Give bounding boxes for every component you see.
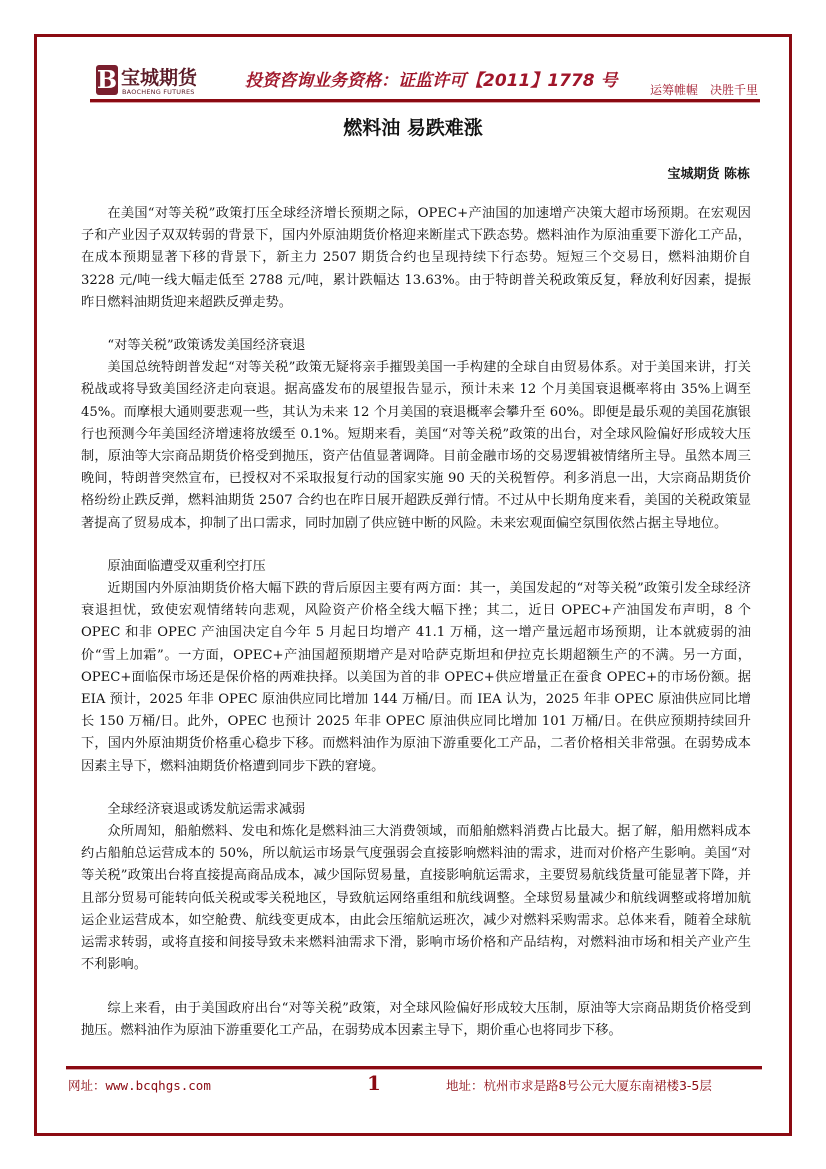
logo-english-name: BAOCHENG FUTURES xyxy=(122,88,195,96)
footer-website-link[interactable]: 网址：www.bcqhgs.com xyxy=(68,1076,211,1094)
page-header: B 宝城期货 BAOCHENG FUTURES 投资咨询业务资格：证监许可【20… xyxy=(90,58,760,102)
section-paragraph: 近期国内外原油期货价格大幅下跌的背后原因主要有两方面：其一，美国发起的“对等关税… xyxy=(81,578,751,778)
footer-divider xyxy=(66,1066,762,1069)
section-heading: 原油面临遭受双重利空打压 xyxy=(81,556,751,578)
conclusion-paragraph: 综上来看，由于美国政府出台“对等关税”政策，对全球风险偏好形成较大压制，原油等大… xyxy=(81,998,751,1042)
section-heading: 全球经济衰退或诱发航运需求减弱 xyxy=(81,799,751,821)
company-slogan: 运筹帷幄 决胜千里 xyxy=(650,81,758,98)
page-number: 1 xyxy=(367,1071,381,1095)
license-statement: 投资咨询业务资格：证监许可【2011】1778 号 xyxy=(245,66,618,91)
company-logo: B 宝城期货 BAOCHENG FUTURES xyxy=(96,62,208,98)
footer-address: 地址：杭州市求是路8号公元大厦东南裙楼3-5层 xyxy=(446,1076,712,1094)
spacer xyxy=(81,535,751,556)
spacer xyxy=(81,977,751,998)
logo-chinese-name: 宝城期货 xyxy=(121,63,197,90)
header-divider xyxy=(90,99,760,102)
section-heading: “对等关税”政策诱发美国经济衰退 xyxy=(81,335,751,357)
spacer xyxy=(81,314,751,335)
document-body: 在美国“对等关税”政策打压全球经济增长预期之际，OPEC+产油国的加速增产决策大… xyxy=(81,203,751,1042)
section-paragraph: 众所周知，船舶燃料、发电和炼化是燃料油三大消费领域，而船舶燃料消费占比最大。据了… xyxy=(81,821,751,976)
intro-paragraph: 在美国“对等关税”政策打压全球经济增长预期之际，OPEC+产油国的加速增产决策大… xyxy=(81,203,751,314)
logo-b-icon: B xyxy=(96,65,118,95)
document-title: 燃料油 易跌难涨 xyxy=(0,113,826,140)
section-paragraph: 美国总统特朗普发起“对等关税”政策无疑将亲手摧毁美国一手构建的全球自由贸易体系。… xyxy=(81,357,751,535)
document-author: 宝城期货 陈栋 xyxy=(667,163,750,182)
spacer xyxy=(81,778,751,799)
